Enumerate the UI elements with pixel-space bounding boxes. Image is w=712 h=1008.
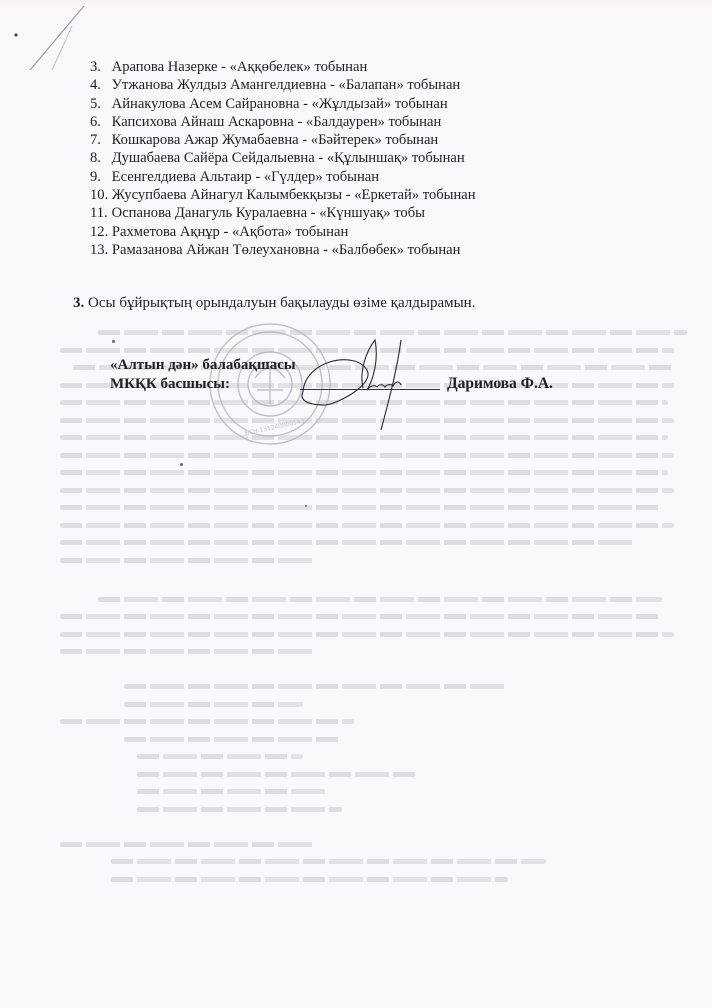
list-item: 4. Утжанова Жулдыз Амангелдиевна - «Бала… — [90, 76, 476, 94]
list-item: 12. Рахметова Ақнұр - «Ақбота» тобынан — [90, 223, 476, 241]
list-item: 5. Айнакулова Асем Сайрановна - «Жұлдыза… — [90, 95, 476, 113]
organization-title: «Алтын дән» балабақшасы МКҚК басшысы: — [110, 356, 296, 394]
list-item: 6. Капсихова Айнаш Аскаровна - «Балдауре… — [90, 113, 476, 131]
clause-text: Осы бұйрықтың орындалуын бақылауды өзіме… — [88, 295, 475, 311]
folded-corner-mark — [0, 0, 90, 70]
list-item: 13. Рамазанова Айжан Төлеуханoвна - «Бал… — [90, 241, 476, 259]
list-item: 3. Арапова Назерке - «Аққөбелек» тобынан — [90, 58, 476, 76]
list-item: 9. Есенгелдиева Альтаир - «Гүлдер» тобын… — [90, 168, 476, 186]
list-item: 10. Жусупбаева Айнагул Калымбекқызы - «Е… — [90, 186, 476, 204]
list-item: 11. Оспанова Данагуль Куралаевна - «Күнш… — [90, 204, 476, 222]
signer-name: Даримова Ф.А. — [447, 375, 553, 393]
list-item: 8. Душабаева Сайёра Сейдалыевна - «Құлын… — [90, 149, 476, 167]
list-item: 7. Кошкарова Ажар Жумабаевна - «Бәйтерек… — [90, 131, 476, 149]
handwritten-signature-icon — [295, 330, 425, 450]
staff-list: 3. Арапова Назерке - «Аққөбелек» тобынан… — [90, 58, 476, 259]
clause-number: 3. — [73, 295, 84, 311]
control-clause: 3. Осы бұйрықтың орындалуын бақылауды өз… — [73, 295, 475, 312]
org-position: МКҚК басшысы: — [110, 375, 296, 394]
org-name: «Алтын дән» балабақшасы — [110, 356, 296, 375]
